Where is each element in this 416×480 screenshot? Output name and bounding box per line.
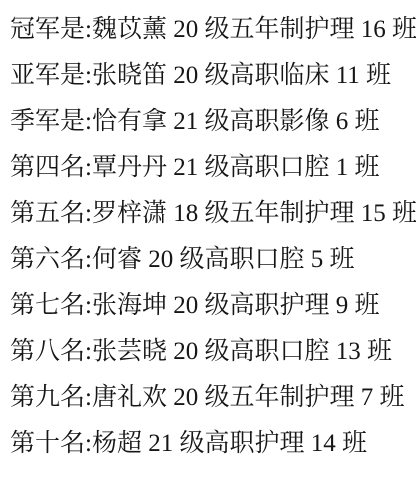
ranking-row-third-place: 季军是:恰有拿 21 级高职影像 6 班 <box>10 99 412 145</box>
ranking-row-eighth-place: 第八名:张芸晓 20 级高职口腔 13 班 <box>10 329 412 375</box>
ranking-row-sixth-place: 第六名:何睿 20 级高职口腔 5 班 <box>10 237 412 283</box>
ranking-row-tenth-place: 第十名:杨超 21 级高职护理 14 班 <box>10 421 412 467</box>
ranking-row-seventh-place: 第七名:张海坤 20 级高职护理 9 班 <box>10 283 412 329</box>
ranking-row-fourth-place: 第四名:覃丹丹 21 级高职口腔 1 班 <box>10 145 412 191</box>
ranking-row-runner-up: 亚军是:张晓笛 20 级高职临床 11 班 <box>10 53 412 99</box>
ranking-list: 冠军是:魏苡薰 20 级五年制护理 16 班 亚军是:张晓笛 20 级高职临床 … <box>0 0 416 467</box>
ranking-row-ninth-place: 第九名:唐礼欢 20 级五年制护理 7 班 <box>10 375 412 421</box>
ranking-row-fifth-place: 第五名:罗梓潇 18 级五年制护理 15 班 <box>10 191 412 237</box>
ranking-row-champion: 冠军是:魏苡薰 20 级五年制护理 16 班 <box>10 7 412 53</box>
